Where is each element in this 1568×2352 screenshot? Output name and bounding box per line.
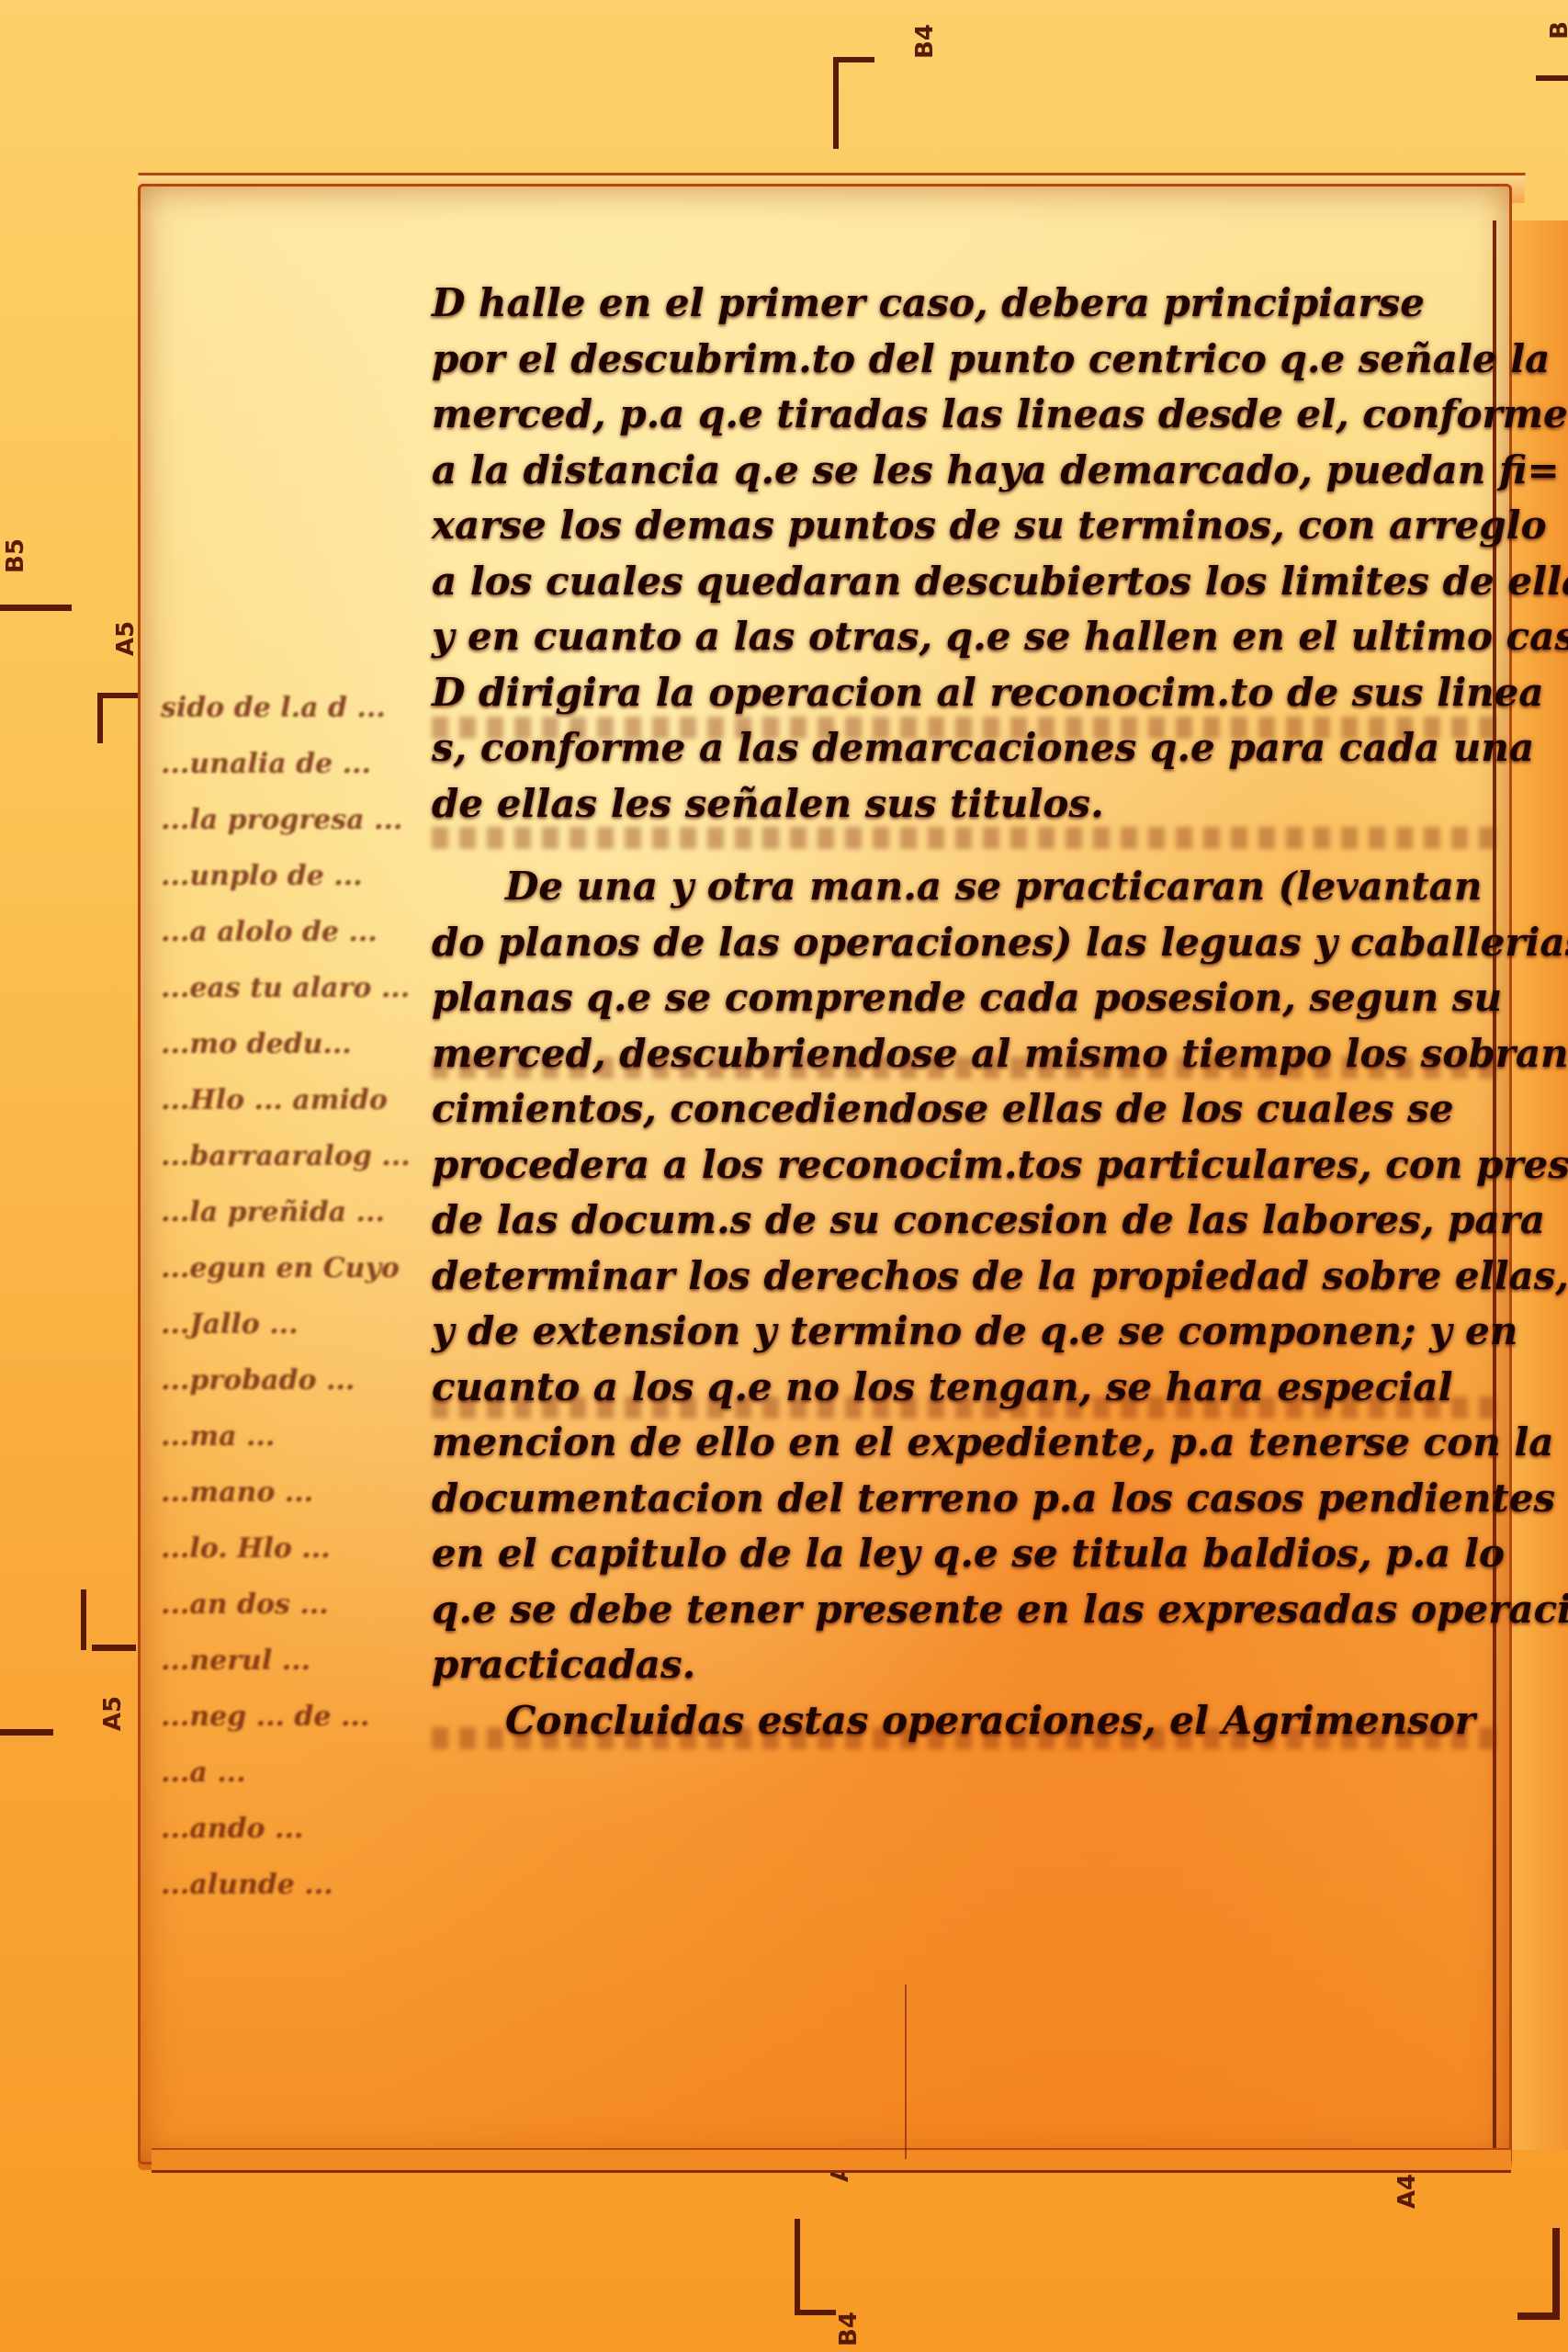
text-line: a la distancia q.e se les haya demarcado…: [432, 443, 1497, 499]
text-line: s, conforme a las demarcaciones q.e para…: [432, 720, 1497, 776]
text-line: a los cuales quedaran descubiertos los l…: [432, 554, 1497, 610]
margin-line: ...a ...: [161, 1745, 436, 1801]
margin-line: ...alunde ...: [161, 1857, 436, 1913]
crop-label-top-right: B: [1546, 21, 1568, 40]
text-line: planas q.e se comprende cada posesion, s…: [432, 970, 1497, 1026]
text-line: de ellas les señalen sus titulos.: [432, 776, 1497, 832]
crop-mark-bottom-b4-h: [795, 2310, 836, 2315]
crop-label-left-a5-lower: A5: [99, 1696, 127, 1731]
text-line: cimientos, concediendose ellas de los cu…: [432, 1081, 1497, 1137]
margin-line: ...barraaralog ...: [161, 1128, 436, 1184]
paragraph-start-line: Concluidas estas operaciones, el Agrimen…: [432, 1693, 1497, 1749]
crop-mark-left-b5: [0, 605, 72, 611]
margin-line: ...eas tu alaro ...: [161, 960, 436, 1016]
crop-mark-left-a5-upper-v: [97, 693, 103, 743]
crop-mark-top-b4-horizontal: [833, 57, 874, 62]
text-line: en el capitulo de la ley q.e se titula b…: [432, 1526, 1497, 1582]
margin-line: ...mo dedu...: [161, 1016, 436, 1072]
text-line: practicadas.: [432, 1637, 1497, 1693]
text-line: merced, descubriendose al mismo tiempo l…: [432, 1026, 1497, 1082]
text-line: do planos de las operaciones) las leguas…: [432, 915, 1497, 971]
margin-line: ...ando ...: [161, 1801, 436, 1857]
page-crease: [905, 1984, 907, 2159]
text-line: determinar los derechos de la propiedad …: [432, 1249, 1497, 1305]
text-line: mencion de ello en el expediente, p.a te…: [432, 1415, 1497, 1471]
margin-line: ...unplo de ...: [161, 848, 436, 904]
margin-line: ...lo. Hlo ...: [161, 1521, 436, 1577]
crop-label-bottom-b4: B4: [835, 2312, 863, 2346]
crop-mark-bottom-right-v: [1552, 2228, 1560, 2320]
crop-mark-top-right: [1536, 75, 1568, 81]
page-bottom-edge: [152, 2148, 1511, 2173]
crop-mark-left-b-lower: [0, 1729, 53, 1736]
text-line: xarse los demas puntos de su terminos, c…: [432, 498, 1497, 554]
margin-line: ...an dos ...: [161, 1577, 436, 1633]
margin-line: ...mano ...: [161, 1464, 436, 1521]
crop-label-left-a5-upper: A5: [112, 621, 140, 656]
text-line: D dirigira la operacion al reconocim.to …: [432, 665, 1497, 721]
text-line: y de extension y termino de q.e se compo…: [432, 1304, 1497, 1360]
text-line: de las docum.s de su concesion de las la…: [432, 1193, 1497, 1249]
margin-line: ...Hlo ... amido: [161, 1072, 436, 1128]
text-line: documentacion del terreno p.a los casos …: [432, 1471, 1497, 1527]
margin-line: ...la preñida ...: [161, 1184, 436, 1240]
margin-notes: sido de l.a d ... ...unalia de ... ...la…: [161, 680, 436, 2021]
margin-line: ...egun en Cuyo: [161, 1240, 436, 1296]
crop-mark-top-b4-vertical: [833, 57, 839, 149]
crop-label-left-b5: B5: [2, 538, 29, 573]
margin-line: ...a alolo de ...: [161, 904, 436, 960]
margin-line: ...unalia de ...: [161, 736, 436, 792]
text-line: cuanto a los q.e no los tengan, se hara …: [432, 1360, 1497, 1416]
margin-line: sido de l.a d ...: [161, 680, 436, 736]
crop-mark-left-a5-lower-h: [92, 1645, 136, 1651]
paragraph-start-line: De una y otra man.a se practicaran (leva…: [432, 859, 1497, 915]
crop-mark-bottom-right-h: [1517, 2312, 1560, 2320]
text-line: y en cuanto a las otras, q.e se hallen e…: [432, 609, 1497, 665]
crop-mark-bottom-b4-v: [795, 2219, 800, 2315]
crop-label-top-b4: B4: [911, 24, 939, 59]
margin-line: ...nerul ...: [161, 1633, 436, 1689]
crop-label-bottom-a4: A4: [1393, 2174, 1421, 2209]
text-line: merced, p.a q.e tiradas las lineas desde…: [432, 387, 1497, 443]
margin-line: ...probado ...: [161, 1352, 436, 1408]
manuscript-body: D halle en el primer caso, debera princi…: [432, 276, 1497, 1748]
text-line: q.e se debe tener presente en las expres…: [432, 1582, 1497, 1638]
crop-mark-left-a5-lower-v: [81, 1589, 86, 1650]
margin-line: ...Jallo ...: [161, 1296, 436, 1352]
margin-line: ...ma ...: [161, 1408, 436, 1464]
text-line: D halle en el primer caso, debera princi…: [432, 276, 1497, 332]
crop-mark-left-a5-upper-h: [97, 693, 138, 698]
text-line: procedera a los reconocim.tos particular…: [432, 1137, 1497, 1193]
text-line: por el descubrim.to del punto centrico q…: [432, 332, 1497, 388]
margin-line: ...neg ... de ...: [161, 1689, 436, 1745]
margin-line: ...la progresa ...: [161, 792, 436, 848]
